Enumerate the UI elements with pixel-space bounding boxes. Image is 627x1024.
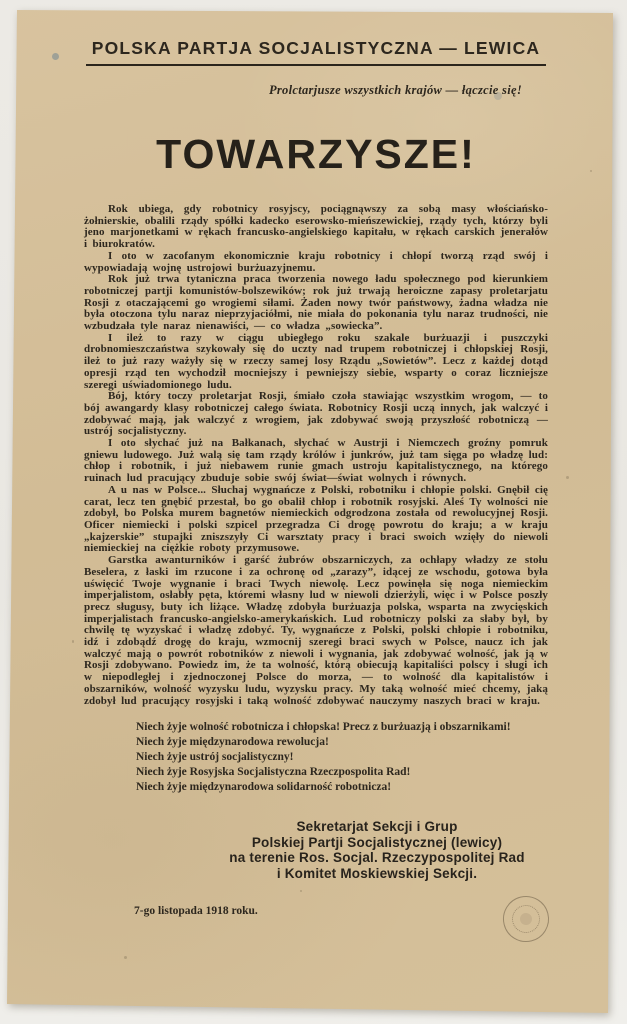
slogan: Niech żyje międzynarodowa rewolucja!	[136, 735, 548, 750]
signature-line: Polskiej Partji Socjalistycznej (lewicy)	[212, 835, 542, 851]
paragraph: I ileż to razy w ciągu ubiegłego roku sz…	[84, 333, 548, 392]
paragraph: Bój, który toczy proletarjat Rosji, śmia…	[84, 391, 548, 438]
signature-block: Sekretarjat Sekcji i Grup Polskiej Partj…	[212, 819, 542, 881]
party-name-heading: POLSKA PARTJA SOCJALISTYCZNA — LEWICA	[86, 38, 547, 66]
paper-speck	[124, 956, 127, 959]
page-content: POLSKA PARTJA SOCJALISTYCZNA — LEWICA Pr…	[0, 0, 627, 917]
paragraph: Garstka awanturników i garść żubrów obsz…	[84, 555, 548, 707]
scanned-leaflet: POLSKA PARTJA SOCJALISTYCZNA — LEWICA Pr…	[0, 0, 627, 1024]
paper-shadow: POLSKA PARTJA SOCJALISTYCZNA — LEWICA Pr…	[0, 0, 627, 1024]
party-motto: Prolctarjusze wszystkich krajów — łączci…	[84, 83, 548, 98]
slogan-list: Niech żyje wolność robotnicza i chłopska…	[136, 720, 548, 795]
paragraph: Rok już trwa tytaniczna praca tworzenia …	[84, 274, 548, 333]
letter-body: Rok ubiega, gdy robotnicy rosyjscy, poci…	[84, 204, 548, 707]
paragraph: I oto słychać już na Bałkanach, słychać …	[84, 438, 548, 485]
slogan: Niech żyje ustrój socjalistyczny!	[136, 750, 548, 765]
page-title: TOWARZYSZE!	[84, 131, 548, 178]
slogan: Niech żyje międzynarodowa solidarność ro…	[136, 780, 548, 795]
slogan: Niech żyje wolność robotnicza i chłopska…	[136, 720, 548, 735]
document-page: POLSKA PARTJA SOCJALISTYCZNA — LEWICA Pr…	[0, 0, 627, 1024]
paragraph: I oto w zacofanym ekonomicznie kraju rob…	[84, 251, 548, 274]
masthead: POLSKA PARTJA SOCJALISTYCZNA — LEWICA	[84, 38, 548, 66]
slogan: Niech żyje Rosyjska Socjalistyczna Rzecz…	[136, 765, 548, 780]
paragraph: A u nas w Polsce... Słuchaj wygnańcze z …	[84, 485, 548, 555]
signature-line: i Komitet Moskiewskiej Sekcji.	[212, 866, 542, 882]
paragraph: Rok ubiega, gdy robotnicy rosyjscy, poci…	[84, 204, 548, 251]
signature-line: Sekretarjat Sekcji i Grup	[212, 819, 542, 835]
date-line: 7-go listopada 1918 roku.	[134, 905, 548, 917]
signature-line: na terenie Ros. Socjal. Rzeczypospolitej…	[212, 850, 542, 866]
